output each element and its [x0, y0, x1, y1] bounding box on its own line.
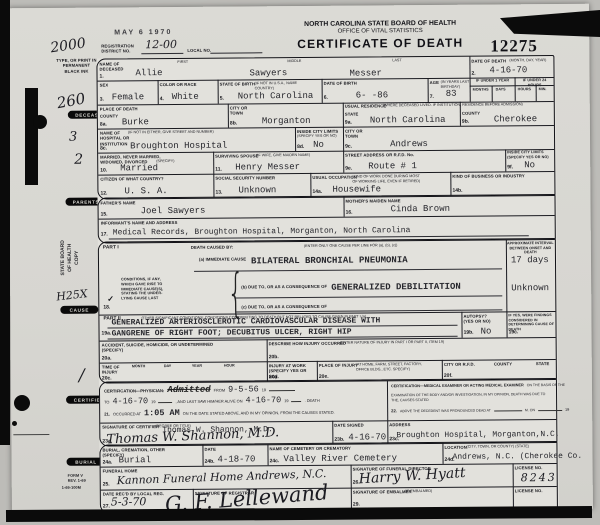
certification-physician-label: CERTIFICATION—PHYSICIAN: [104, 388, 164, 393]
last-seen-alive-date: 4-16-70 [245, 395, 281, 405]
certifier-address-value: Broughton Hospital, Morganton,N.C. [396, 430, 559, 440]
divider [322, 79, 323, 103]
physician-certification-line1: CERTIFICATION—PHYSICIAN: Admitted FROM 9… [104, 384, 295, 396]
injury-county-label: COUNTY [494, 361, 512, 367]
occurred-at-label: OCCURRED AT [113, 411, 141, 416]
usual-residence-label: USUAL RESIDENCE [345, 103, 386, 109]
divider [317, 361, 318, 381]
to-label: TO [104, 400, 109, 405]
divider [450, 172, 451, 196]
min-label: MIN. [539, 87, 547, 92]
field-number: 19c. [509, 329, 519, 335]
hole-punch [14, 395, 30, 411]
residence-county-value: Cherokee [494, 114, 537, 124]
medical-examiner-line3: 22. ABOVE THE DECEDENT WAS PRONOUNCED DE… [391, 404, 569, 413]
usual-residence-hint: (WHERE DECEASED LIVED. IF INSTITUTION, R… [383, 102, 551, 108]
year-prefix: 19 [262, 387, 266, 392]
field-number: 14a. [312, 189, 322, 195]
field-number: 9f. [507, 164, 513, 170]
form-header: NORTH CAROLINA STATE BOARD OF HEALTH OFF… [266, 19, 494, 51]
citizen-value: U. S. A. [124, 186, 167, 196]
occupation-label: USUAL OCCUPATION [312, 175, 357, 181]
enter-note: (ENTER ONLY ONE CAUSE PER LINE FOR (a), … [304, 243, 398, 249]
divider [213, 152, 214, 174]
immediate-cause-value: BILATERAL BRONCHIAL PNEUMONIA [251, 255, 408, 266]
date-signed-value: 4-16-70 [348, 432, 386, 442]
field-number: 16. [346, 210, 353, 216]
hospital-value: Broughton Hospital [130, 141, 227, 152]
due-to-c-label: (c) DUE TO, OR AS A CONSEQUENCE OF [241, 304, 327, 310]
hospital-label: NAME OF HOSPITAL OR INSTITUTION [100, 130, 129, 147]
place-of-injury-hint: (AT HOME, FARM, STREET, FACTORY, OFFICE … [356, 362, 440, 372]
divider [461, 312, 462, 338]
field-number: 11. [215, 167, 222, 173]
date-of-death-label: DATE OF DEATH [471, 58, 506, 64]
date-signed-label: DATE SIGNED [334, 423, 363, 429]
divider [228, 104, 229, 128]
divider [218, 80, 219, 104]
received-date-stamp: MAY 6 1970 [114, 28, 172, 38]
city-or-town-label: CITY OR TOWN [230, 105, 248, 116]
middle-hint: MIDDLE [287, 59, 301, 64]
medical-examiner-line1: CERTIFICATION—MEDICAL EXAMINER OR ACTING… [391, 383, 565, 388]
place-of-death-label: PLACE OF DEATH [100, 106, 138, 112]
immediate-cause-label: (a) IMMEDIATE CAUSE [199, 256, 246, 262]
county-label: COUNTY [100, 113, 118, 119]
blank-line [158, 396, 172, 403]
field-number: 9c. [345, 144, 352, 150]
section-tab-cause: CAUSE [60, 306, 98, 314]
embalmer-signature-label: SIGNATURE OF EMBALMER [353, 489, 412, 495]
cemetery-value: Valley River Cemetery [284, 453, 397, 464]
divider [442, 360, 443, 380]
occurred-rest-label: ON THE DATE STATED ABOVE, AND IN MY OPIN… [183, 410, 335, 416]
field-number: 20a. [102, 355, 112, 361]
location-label: LOCATION [444, 445, 466, 451]
how-injury-label: DESCRIBE HOW INJURY OCCURRED [269, 341, 347, 347]
first-name-value: Allie [135, 68, 162, 78]
divider [267, 361, 268, 381]
license-no-value: 8243 [521, 471, 557, 484]
field-number: 22. [391, 408, 397, 413]
local-no-label: LOCAL NO. [187, 48, 211, 54]
surviving-spouse-value: Henry Messer [235, 162, 300, 173]
autopsy-label: AUTOPSY? (YES OR NO) [463, 314, 490, 325]
divider [295, 127, 296, 151]
divider [505, 149, 506, 171]
inside-city-limits2-label: INSIDE CITY LIMITS (SPECIFY YES OR NO) [507, 150, 553, 160]
certificate-number: 12275 [490, 36, 538, 56]
office-subtitle: OFFICE OF VITAL STATISTICS [266, 27, 494, 35]
field-number: 13. [215, 190, 222, 196]
section-certifier: CERTIFICATION—PHYSICIAN: Admitted FROM 9… [99, 378, 557, 447]
blank-line [292, 395, 302, 402]
inside-city-limits-hint: (SPECIFY YES OR NO) [297, 134, 341, 139]
occupation-hint: (KIND OF WORK DONE DURING MOST OF WORKIN… [352, 174, 448, 184]
scanned-death-certificate: MAY 6 1970 2000 REGISTRATION DISTRICT NO… [0, 0, 600, 525]
field-number: 8c. [100, 146, 107, 152]
year-prefix: 19 [284, 398, 288, 403]
field-number: 3. [100, 97, 104, 103]
due-to-b-interval: Unknown [511, 283, 549, 293]
time-of-injury-label: TIME OF INJURY [102, 364, 120, 375]
field-number: 24b. [205, 459, 215, 465]
attended-from-date: 9-5-56 [228, 384, 259, 394]
date-of-death-value: 4-16-70 [489, 65, 527, 75]
surviving-spouse-label: SURVIVING SPOUSE [215, 153, 258, 159]
injury-state-label: STATE [536, 361, 550, 367]
year-prefix: 19 [565, 407, 569, 412]
field-number: 15. [101, 212, 108, 218]
field-number: 21. [104, 411, 110, 416]
divider [387, 380, 388, 420]
hours-label: HOURS [518, 87, 531, 92]
ink-speck [12, 421, 17, 426]
state-of-birth-value: North Carolina [238, 91, 314, 102]
residence-city-value: Andrews [390, 139, 428, 149]
license-no-label: LICENSE NO. [515, 465, 543, 471]
registration-district-value: 12-00 [145, 38, 177, 51]
location-value: Andrews, N.C. (Cherokee Co. [452, 452, 582, 462]
field-number: 25. [103, 482, 110, 488]
street-address-value: Route # 1 [368, 161, 417, 171]
divider [213, 174, 214, 198]
informant-label: INFORMANT'S NAME AND ADDRESS [101, 220, 178, 226]
physician-certification-line2: TO 4-16-70 19 , AND LAST SAW HIM/HER ALI… [104, 395, 320, 407]
sex-value: Female [112, 92, 144, 102]
residence-state-value: North Carolina [370, 115, 446, 126]
autopsy-value: No [481, 326, 492, 336]
medical-examiner-line2: EXAMINATION OF THE BODY AND/OR INVESTIGA… [391, 392, 553, 402]
section-deceased: NAME OF DECEASED FIRST MIDDLE LAST 1. Al… [96, 55, 555, 200]
field-number: 17. [101, 232, 108, 238]
father-name-label: FATHER'S NAME [101, 200, 136, 206]
divider [101, 486, 557, 491]
accident-label: ACCIDENT, SUICIDE, HOMICIDE, OR UNDETERM… [102, 342, 222, 354]
form-number: FORM V REV. 1-69 [68, 474, 86, 484]
field-number: 18. [103, 304, 110, 310]
field-number: 12. [100, 191, 107, 197]
field-number: 24c. [270, 458, 280, 464]
city-or-rfd-label: CITY OR R.F.D. [444, 362, 475, 368]
divider [387, 420, 388, 443]
field-number: 8a. [100, 122, 107, 128]
handwritten-slash: / [79, 366, 85, 386]
death-word: . DEATH [305, 398, 320, 403]
father-name-value: Joel Sawyers [141, 206, 206, 217]
physician-certification-line3: 21. OCCURRED AT 1:05 AM ON THE DATE STAT… [104, 407, 334, 419]
certifier-address-label: ADDRESS [389, 422, 410, 428]
copy-designation-note: STATE BOARD OF HEALTH COPY [60, 237, 81, 279]
immediate-cause-interval: 17 days [511, 255, 549, 265]
divider [332, 421, 333, 444]
handwritten-2: 2 [74, 152, 83, 168]
field-number: 20b. [269, 354, 279, 360]
scan-edge-artifact [0, 0, 10, 445]
location-hint: (CITY, TOWN, OR COUNTY) (STATE) [466, 444, 529, 449]
field-number: 2. [471, 71, 475, 77]
part1-label: PART I [103, 245, 119, 251]
field-number: 9b. [462, 119, 469, 125]
field-number: 6. [324, 95, 328, 101]
blank-line [269, 384, 295, 391]
divider [442, 443, 443, 464]
admitted-stamp: Admitted [167, 385, 210, 395]
burial-type-value: Burial [119, 455, 151, 465]
if-under-1-year-label: IF UNDER 1 YEAR [471, 78, 515, 83]
scan-mark-artifact [25, 88, 38, 185]
handwritten-3: 3 [69, 130, 77, 145]
divider [343, 197, 344, 217]
middle-name-value: Sawyers [249, 68, 287, 78]
field-number: 9e. [345, 166, 352, 172]
name-of-deceased-label: NAME OF DECEASED [99, 61, 123, 72]
divider [267, 339, 268, 361]
print-instruction-note: TYPE, OR PRINT IN PERMANENT BLACK INK [54, 58, 98, 75]
section-parents: FATHER'S NAME 15. Joel Sawyers MOTHER'S … [97, 194, 555, 244]
section-burial: BURIAL, CREMATION, OTHER (SPECIFY) 24a. … [99, 441, 558, 514]
entry-line [235, 295, 502, 298]
embalmer-hint: (IF EMBALMED) [405, 489, 432, 494]
year-label: YEAR [192, 364, 202, 369]
hole-punch [33, 115, 47, 129]
field-number: 1. [100, 74, 104, 80]
hour-label: HOUR [224, 364, 235, 369]
field-number: 10. [100, 168, 107, 174]
field-number: 24a. [103, 459, 113, 465]
me-basis-label: ON THE BASIS OF THE [527, 383, 565, 387]
ssn-value: Unknown [238, 185, 276, 195]
state-of-birth-hint: (IF NOT IN U.S.A., NAME COUNTRY) [255, 81, 315, 91]
divider [536, 85, 537, 101]
residence-state-label: STATE [345, 112, 359, 118]
age-value: 83 [446, 89, 457, 99]
death-city-value: Morganton [262, 116, 311, 126]
pronounced-dead-label: ABOVE THE DECEDENT WAS PRONOUNCED DEAD A… [400, 409, 491, 414]
cemetery-label: NAME OF CEMETERY OR CREMATORY [269, 446, 351, 452]
street-address-label: STREET ADDRESS OR R.F.D. No. [345, 152, 414, 158]
divider [469, 57, 470, 78]
surviving-spouse-hint: (IF WIFE, GIVE MAIDEN NAME) [256, 153, 326, 158]
time-of-death-value: 1:05 AM [144, 408, 180, 418]
from-label: FROM [214, 388, 226, 393]
month-label: MONTH [132, 364, 146, 369]
certificate-form: NAME OF DECEASED FIRST MIDDLE LAST 1. Al… [96, 55, 559, 512]
divider [158, 80, 159, 104]
registration-district-label: REGISTRATION DISTRICT NO. [101, 43, 134, 54]
checkmark: ✓ [107, 294, 114, 304]
date-of-death-hint: (MONTH, DAY, YEAR) [509, 58, 553, 63]
divider [428, 78, 429, 102]
occupation-value: Housewife [332, 184, 381, 194]
hospital-hint: (IF NOT IN EITHER, GIVE STREET AND NUMBE… [128, 129, 238, 135]
section-cause: PART I DEATH CAUSED BY: (ENTER ONLY ONE … [98, 238, 557, 384]
first-hint: FIRST [177, 60, 188, 65]
inside-city-limits2-value: No [524, 160, 535, 170]
burial-date-value: 4-18-70 [218, 454, 256, 464]
due-to-b-label: (b) DUE TO, OR AS A CONSEQUENCE OF [241, 284, 327, 290]
date-of-birth-label: DATE OF BIRTH [324, 81, 357, 87]
divider [351, 465, 352, 488]
last-name-value: Messer [349, 68, 381, 78]
attended-to-date: 4-16-70 [112, 396, 148, 406]
inside-city-limits-value: No [313, 140, 324, 150]
business-label: KIND OF BUSINESS OR INDUSTRY [452, 173, 547, 179]
interval-label: APPROXIMATE INTERVAL BETWEEN ONSET AND D… [507, 241, 554, 255]
state-of-birth-label: STATE OF BIRTH [220, 81, 255, 87]
divider [267, 444, 268, 465]
divider [460, 102, 461, 126]
date-received-value: 5-3-70 [111, 495, 147, 508]
months-label: MONTHS [473, 88, 489, 93]
field-number: 7. [430, 94, 434, 100]
blank-line [494, 404, 522, 411]
mother-name-label: MOTHER'S MAIDEN NAME [345, 198, 400, 204]
residence-city-label: CITY OR TOWN [345, 129, 363, 140]
certificate-title: CERTIFICATE OF DEATH [266, 35, 494, 51]
certification-me-label: CERTIFICATION—MEDICAL EXAMINER OR ACTING… [391, 383, 524, 388]
race-value: White [172, 92, 199, 102]
year-prefix: 19 [151, 399, 155, 404]
place-of-injury-label: PLACE OF INJURY [319, 363, 358, 369]
death-caused-by-label: DEATH CAUSED BY: [191, 245, 234, 251]
field-number: 19a. [102, 330, 112, 336]
field-number: 14b. [452, 188, 462, 194]
burial-date-label: DATE [204, 447, 216, 453]
field-number: 19b. [464, 330, 474, 336]
marital-hint: (SPECIFY) [156, 159, 174, 164]
marital-status-value: Married [120, 163, 158, 173]
citizen-label: CITIZEN OF WHAT COUNTRY? [100, 176, 163, 182]
last-seen-alive-label: , AND LAST SAW HIM/HER ALIVE ON [175, 398, 242, 404]
residence-county-label: COUNTY [462, 111, 480, 117]
how-injury-hint: (ENTER NATURE OF INJURY IN PART I OR PAR… [340, 340, 490, 346]
race-label: COLOR OR RACE [160, 82, 197, 88]
death-county-value: Burke [122, 117, 149, 127]
ssn-label: SOCIAL SECURITY NUMBER [215, 175, 275, 181]
form-print-code: 1-69-100M [62, 486, 81, 491]
field-number: 5. [220, 96, 224, 102]
due-to-b-value: GENERALIZED DEBILITATION [331, 282, 461, 293]
last-hint: LAST [392, 58, 401, 63]
divider [202, 445, 203, 466]
conditions-note: CONDITIONS, IF ANY, WHICH GAVE RISE TO I… [121, 277, 163, 301]
scanned-page: MAY 6 1970 2000 REGISTRATION DISTRICT NO… [0, 0, 600, 525]
divider [310, 173, 311, 197]
blank-line [538, 404, 562, 411]
field-number: 4. [160, 96, 164, 102]
age-label: AGE [430, 80, 439, 86]
divider [513, 463, 514, 486]
divider [100, 419, 556, 424]
mother-name-value: Cinda Brown [391, 204, 450, 214]
day-label: DAY [164, 364, 171, 369]
field-number: 8b. [230, 120, 237, 126]
sex-label: SEX [100, 83, 109, 89]
field-number: 8d. [297, 144, 304, 150]
signature-of-certifier-label: SIGNATURE OF CERTIFIER [102, 424, 159, 430]
divider [492, 85, 493, 101]
license-no2-label: LICENSE NO. [515, 488, 543, 494]
days-label: DAYS [496, 87, 506, 92]
date-of-birth-value: 6- -86 [356, 90, 388, 100]
field-number: 9a. [345, 120, 352, 126]
m-on-label: M. ON [525, 408, 535, 412]
